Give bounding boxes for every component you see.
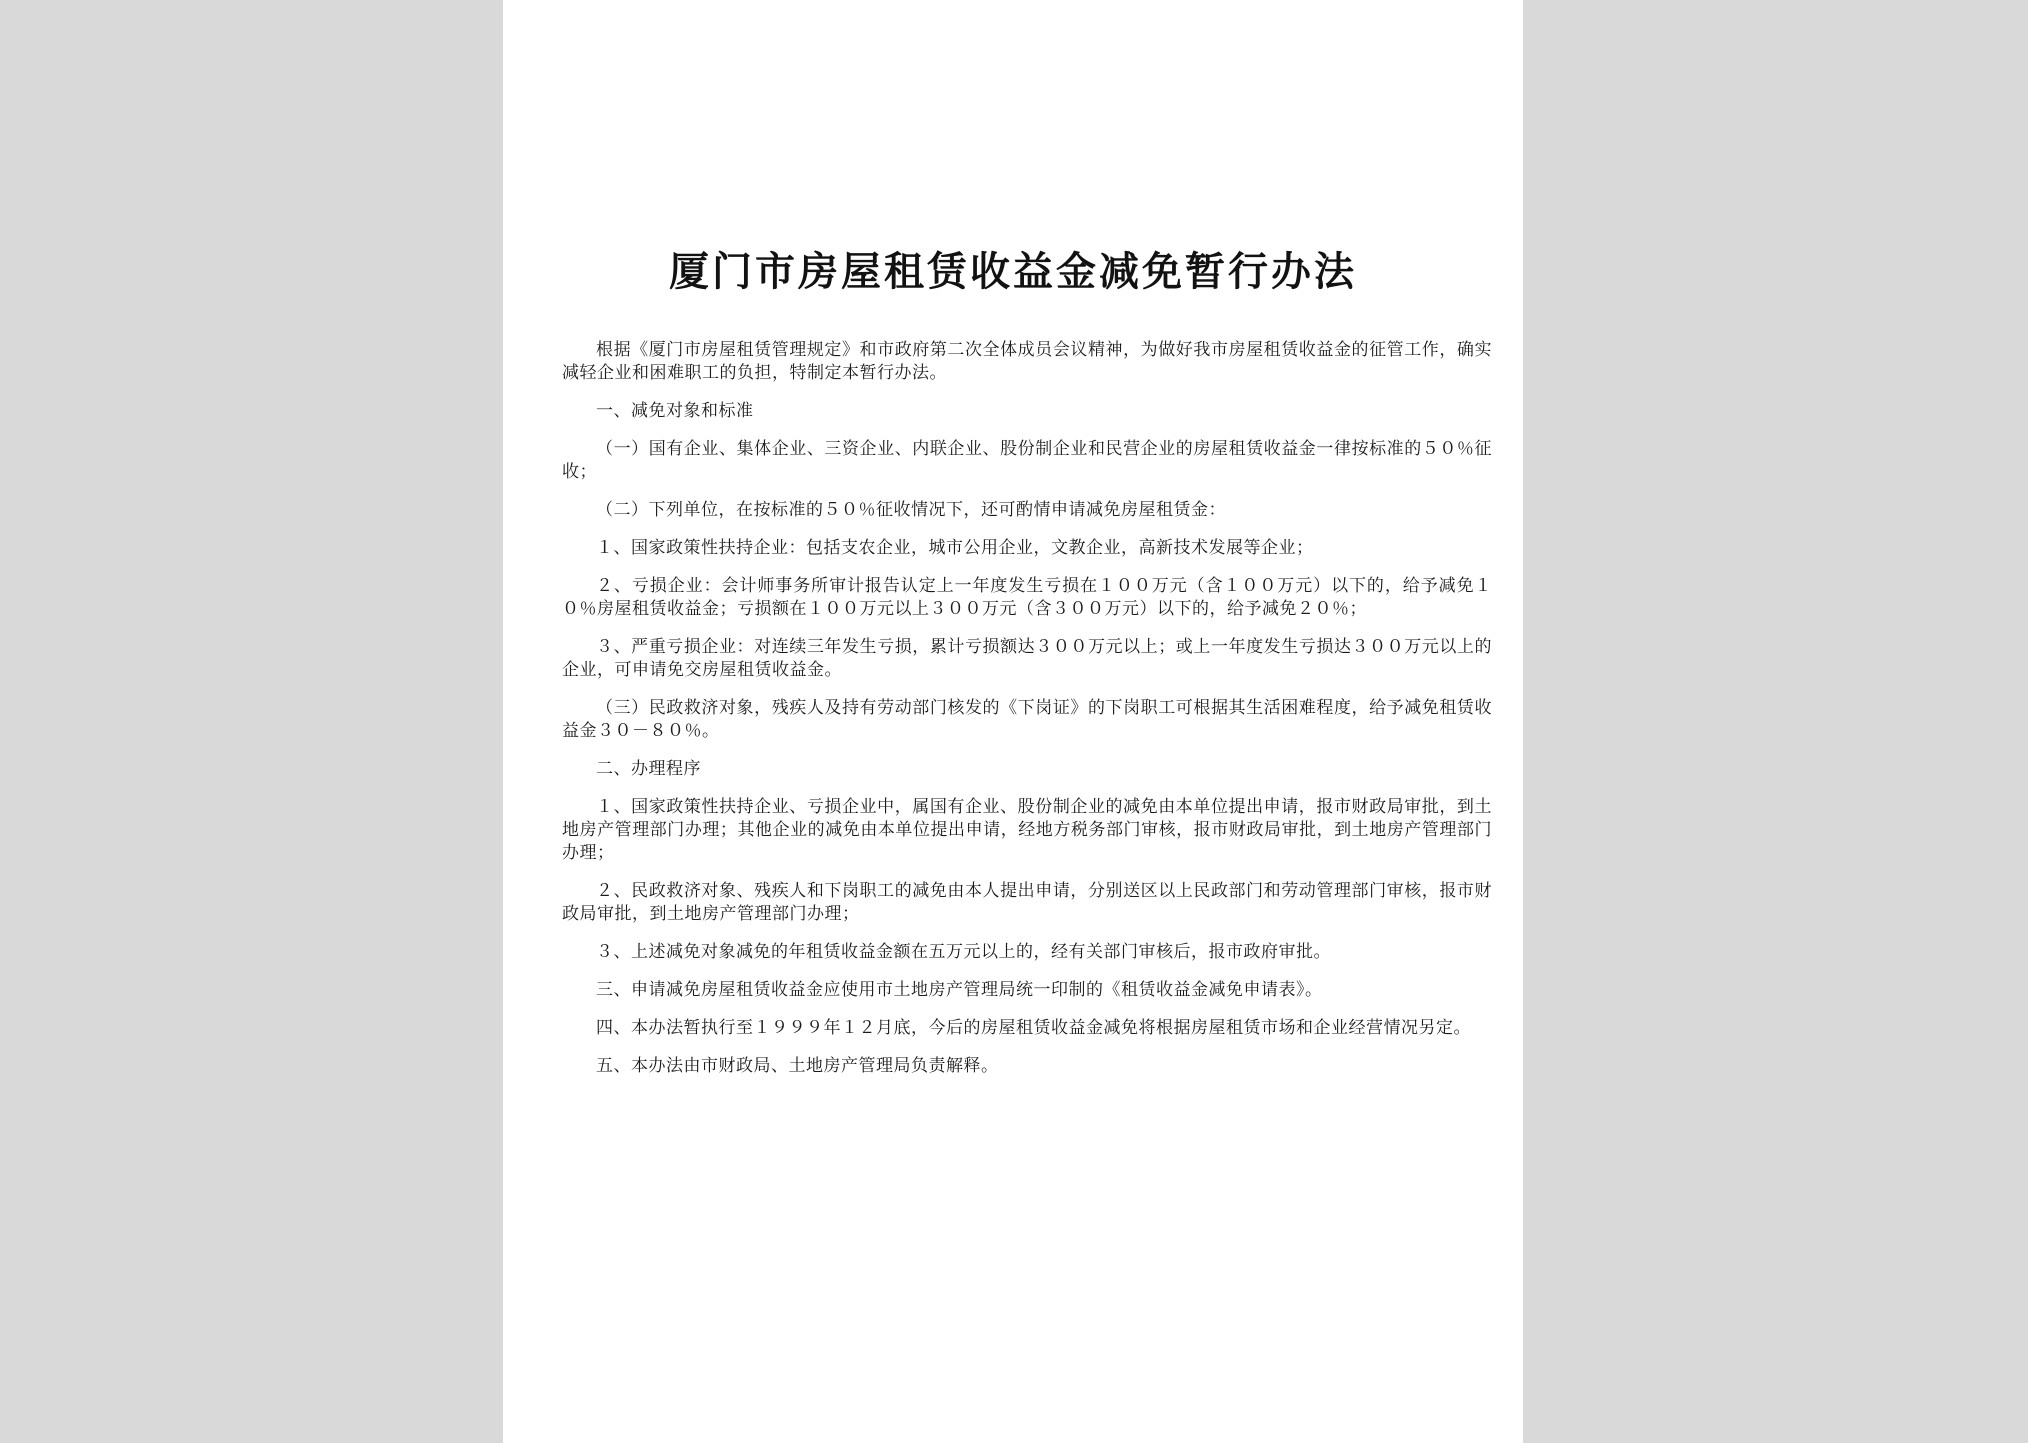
section-1-heading: 一、减免对象和标准 xyxy=(562,399,1492,422)
section-2-heading: 二、办理程序 xyxy=(562,757,1492,780)
section-2-item-3: ３、上述减免对象减免的年租赁收益金额在五万元以上的，经有关部门审核后，报市政府审… xyxy=(562,940,1492,963)
clause-1-2-item-1: １、国家政策性扶持企业：包括支农企业，城市公用企业，文教企业，高新技术发展等企业… xyxy=(562,536,1492,559)
document-title: 厦门市房屋租赁收益金减免暂行办法 xyxy=(503,0,1523,294)
document-page: 厦门市房屋租赁收益金减免暂行办法 根据《厦门市房屋租赁管理规定》和市政府第二次全… xyxy=(503,0,1523,1443)
clause-1-3: （三）民政救济对象，残疾人及持有劳动部门核发的《下岗证》的下岗职工可根据其生活困… xyxy=(562,696,1492,742)
section-4-paragraph: 四、本办法暂执行至１９９９年１２月底，今后的房屋租赁收益金减免将根据房屋租赁市场… xyxy=(562,1016,1492,1039)
section-2-item-2: ２、民政救济对象、残疾人和下岗职工的减免由本人提出申请，分别送区以上民政部门和劳… xyxy=(562,879,1492,925)
clause-1-2: （二）下列单位，在按标准的５０％征收情况下，还可酌情申请减免房屋租赁金： xyxy=(562,498,1492,521)
clause-1-1: （一）国有企业、集体企业、三资企业、内联企业、股份制企业和民营企业的房屋租赁收益… xyxy=(562,437,1492,483)
document-body: 根据《厦门市房屋租赁管理规定》和市政府第二次全体成员会议精神，为做好我市房屋租赁… xyxy=(562,338,1492,1077)
intro-paragraph: 根据《厦门市房屋租赁管理规定》和市政府第二次全体成员会议精神，为做好我市房屋租赁… xyxy=(562,338,1492,384)
clause-1-2-item-2: ２、亏损企业：会计师事务所审计报告认定上一年度发生亏损在１００万元（含１００万元… xyxy=(562,574,1492,620)
clause-1-2-item-3: ３、严重亏损企业：对连续三年发生亏损，累计亏损额达３００万元以上；或上一年度发生… xyxy=(562,635,1492,681)
section-2-item-1: １、国家政策性扶持企业、亏损企业中，属国有企业、股份制企业的减免由本单位提出申请… xyxy=(562,795,1492,864)
section-3-paragraph: 三、申请减免房屋租赁收益金应使用市土地房产管理局统一印制的《租赁收益金减免申请表… xyxy=(562,978,1492,1001)
section-5-paragraph: 五、本办法由市财政局、土地房产管理局负责解释。 xyxy=(562,1054,1492,1077)
screenshot-canvas: { "document": { "title": "厦门市房屋租赁收益金减免暂行… xyxy=(0,0,2028,1443)
